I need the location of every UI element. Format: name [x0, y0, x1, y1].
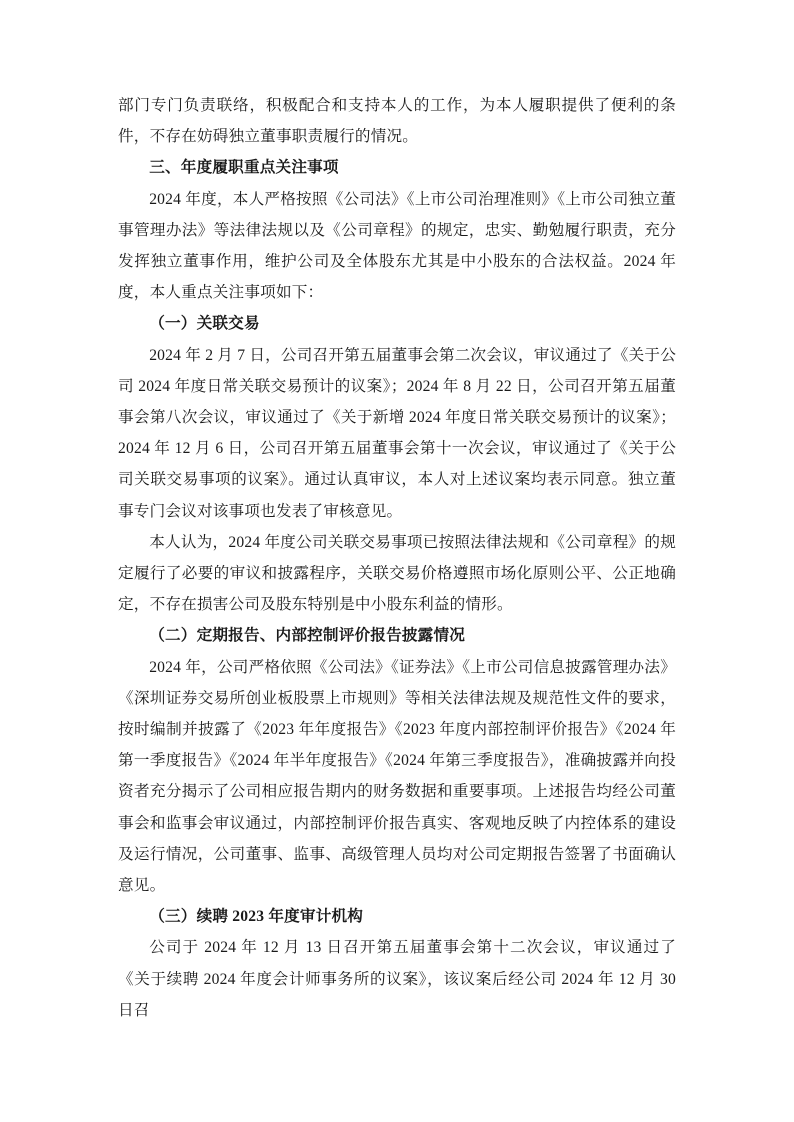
- section-heading-periodic-reports: （二）定期报告、内部控制评价报告披露情况: [118, 620, 676, 651]
- paragraph-related-transactions-meetings: 2024 年 2 月 7 日，公司召开第五届董事会第二次会议，审议通过了《关于公…: [118, 340, 676, 527]
- paragraph-duty-overview: 2024 年度，本人严格按照《公司法》《上市公司治理准则》《上市公司独立董事管理…: [118, 184, 676, 309]
- section-heading-related-transactions: （一）关联交易: [118, 308, 676, 339]
- paragraph-related-transactions-opinion: 本人认为，2024 年度公司关联交易事项已按照法律法规和《公司章程》的规定履行了…: [118, 527, 676, 621]
- section-heading-annual-duty-focus: 三、年度履职重点关注事项: [118, 152, 676, 183]
- document-page: 部门专门负责联络，积极配合和支持本人的工作，为本人履职提供了便利的条件，不存在妨…: [0, 0, 794, 1122]
- document-content: 部门专门负责联络，积极配合和支持本人的工作，为本人履职提供了便利的条件，不存在妨…: [118, 90, 676, 1026]
- paragraph-continuation: 部门专门负责联络，积极配合和支持本人的工作，为本人履职提供了便利的条件，不存在妨…: [118, 90, 676, 152]
- section-heading-audit-firm-renewal: （三）续聘 2023 年度审计机构: [118, 901, 676, 932]
- paragraph-audit-firm-renewal: 公司于 2024 年 12 月 13 日召开第五届董事会第十二次会议，审议通过了…: [118, 932, 676, 1026]
- paragraph-periodic-reports-disclosure: 2024 年，公司严格依照《公司法》《证券法》《上市公司信息披露管理办法》《深圳…: [118, 652, 676, 902]
